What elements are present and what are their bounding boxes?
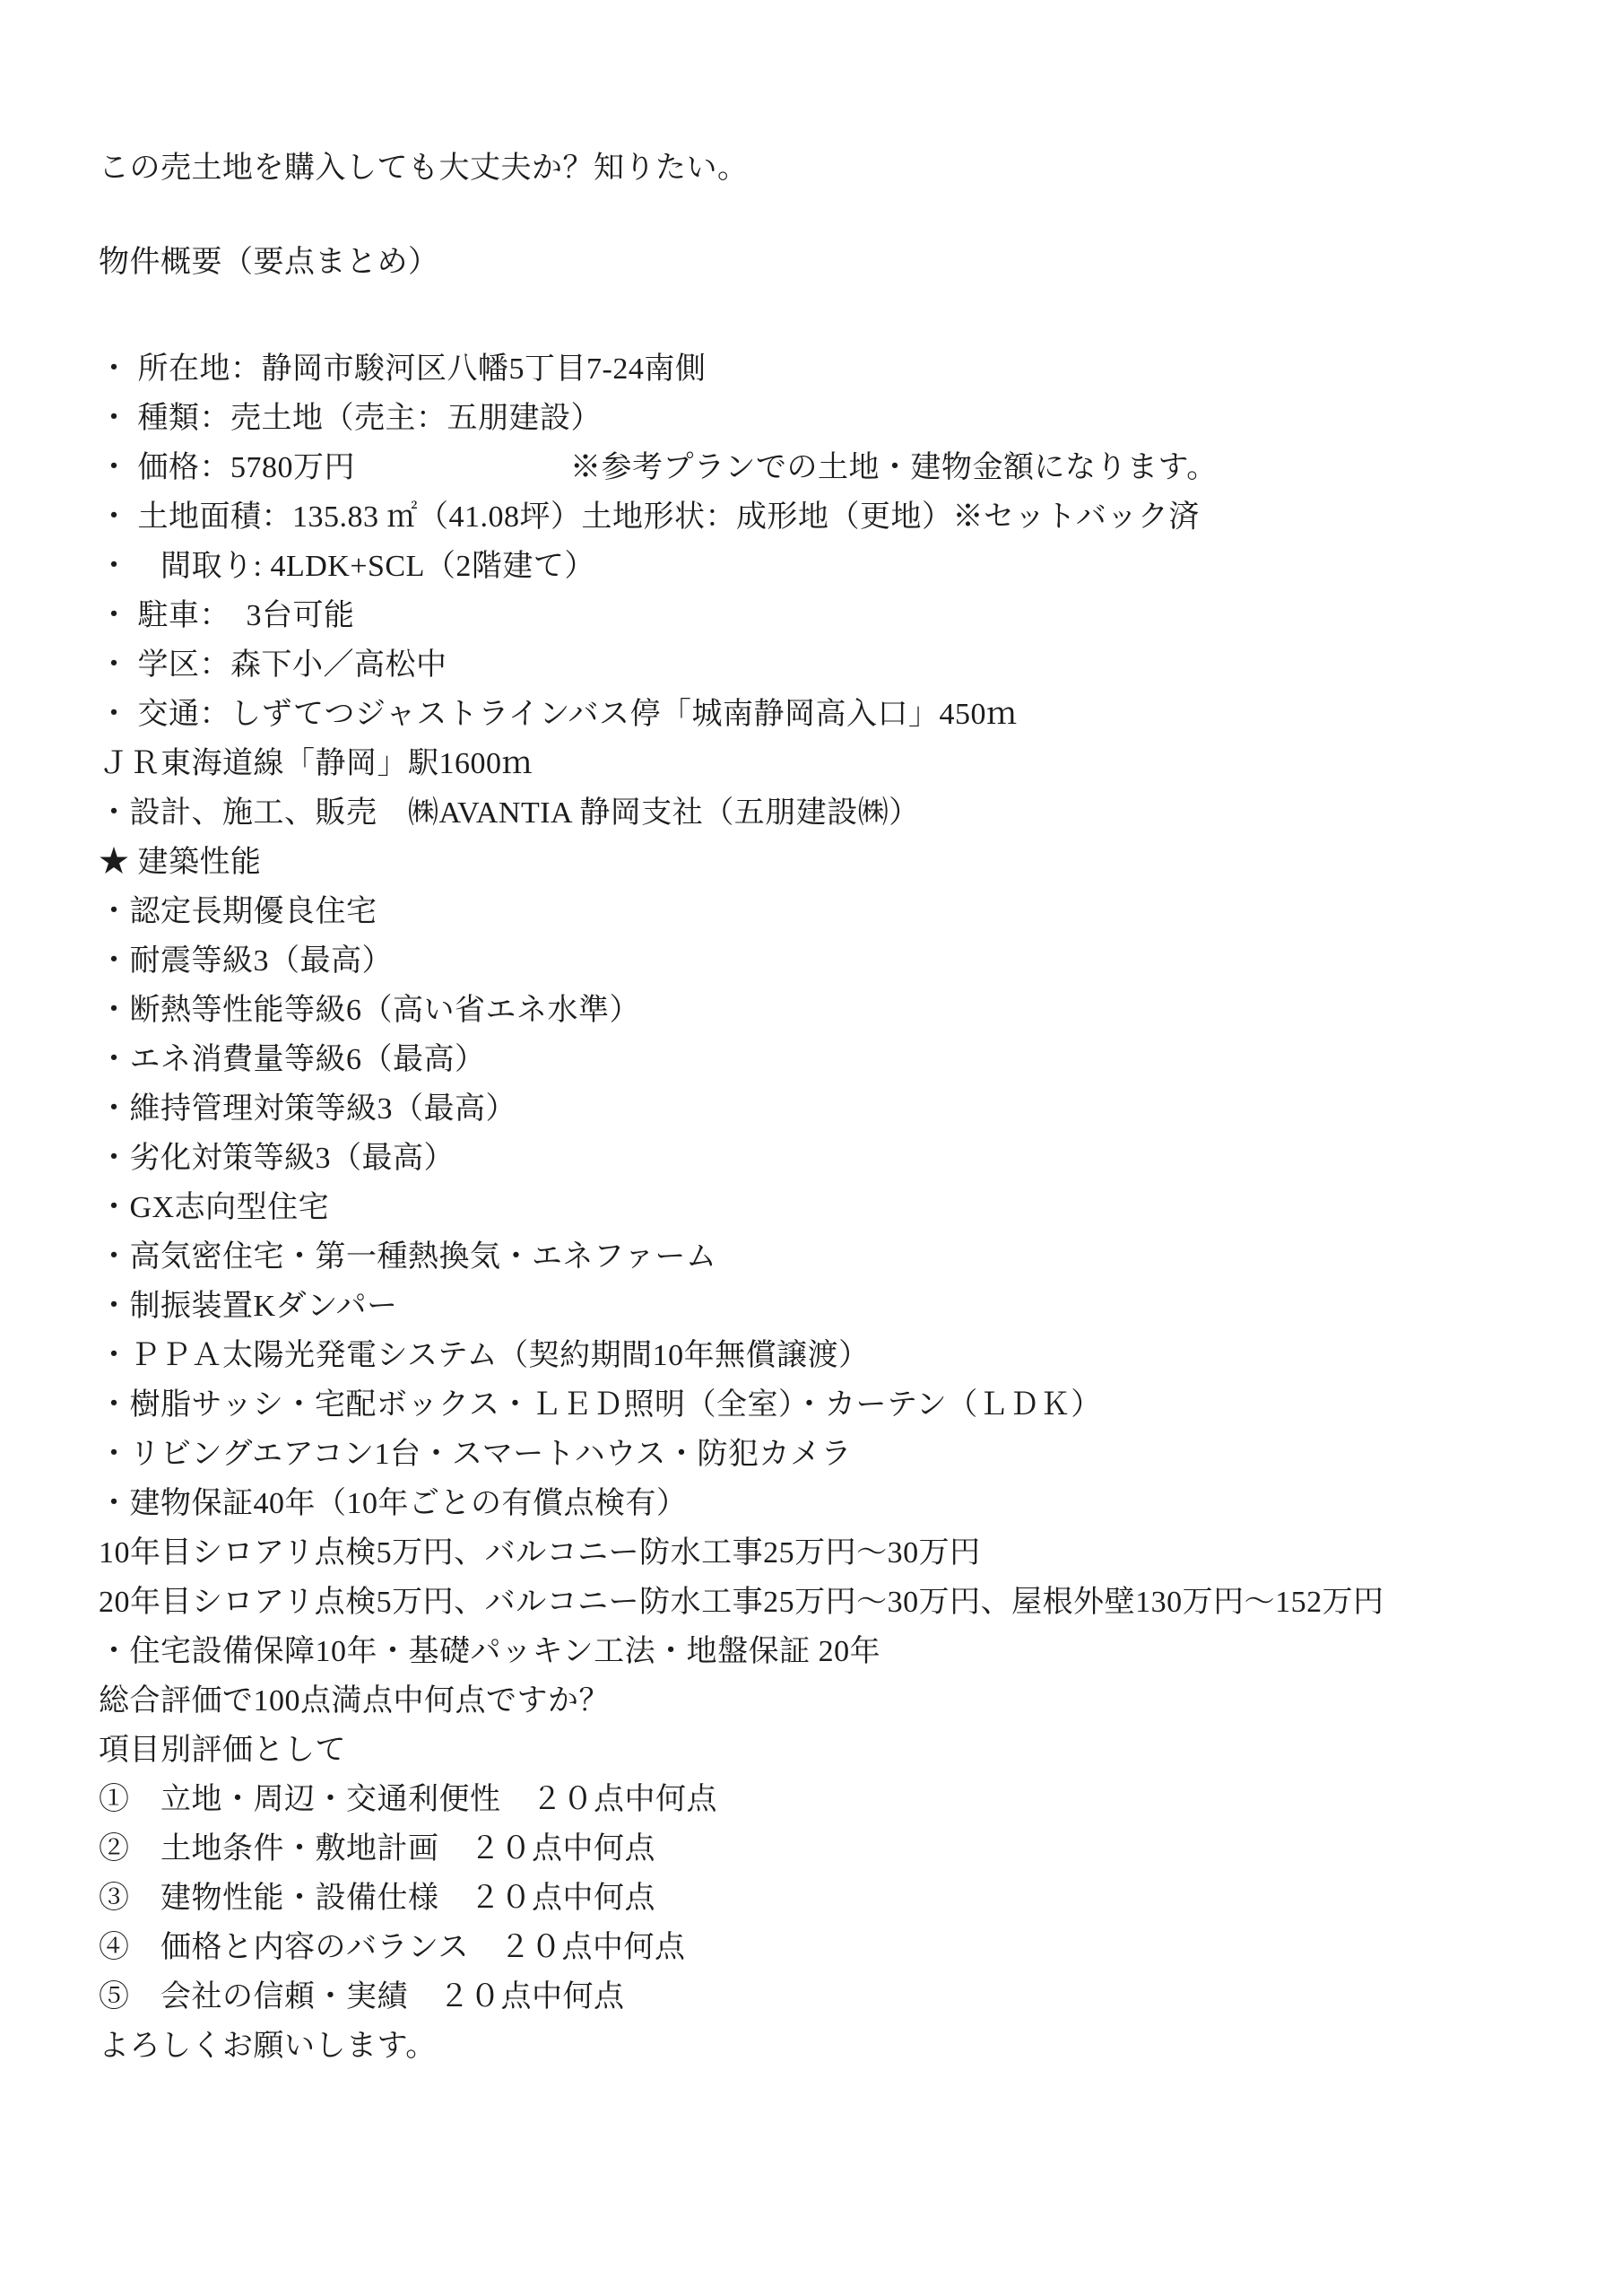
performance-item-ppa-solar: ・ＰＰＡ太陽光発電システム（契約期間10年無償譲渡）	[99, 1331, 1568, 1380]
performance-item-deterioration-grade: ・劣化対策等級3（最高）	[99, 1134, 1568, 1183]
builder-line: ・設計、施工、販売 ㈱AVANTIA 静岡支社（五朋建設㈱）	[99, 788, 1568, 838]
performance-item-damper: ・制振装置Kダンパー	[99, 1282, 1568, 1331]
overview-item-parking: ・ 駐車： 3台可能	[99, 591, 1568, 640]
performance-item-insulation-grade: ・断熱等性能等級6（高い省エネ水準）	[99, 986, 1568, 1035]
performance-item-seismic-grade: ・耐震等級3（最高）	[99, 936, 1568, 986]
overview-item-school-district: ・ 学区：森下小／高松中	[99, 640, 1568, 690]
itemized-heading: 項目別評価として	[99, 1726, 1568, 1775]
warranty-line: ・住宅設備保障10年・基礎パッキン工法・地盤保証 20年	[99, 1627, 1568, 1676]
maintenance-line-year20: 20年目シロアリ点検5万円、バルコニー防水工事25万円～30万円、屋根外壁130…	[99, 1578, 1568, 1627]
overview-item-price: ・ 価格：5780万円※参考プランでの土地・建物金額になります。	[99, 443, 1568, 492]
overall-score-question: 総合評価で100点満点中何点ですか？	[99, 1676, 1568, 1726]
performance-item-energy-grade: ・エネ消費量等級6（最高）	[99, 1035, 1568, 1084]
price-text: ・ 価格：5780万円	[99, 451, 355, 484]
performance-item-maintenance-grade: ・維持管理対策等級3（最高）	[99, 1084, 1568, 1134]
closing-line: よろしくお願いします。	[99, 2022, 1568, 2071]
maintenance-line-year10: 10年目シロアリ点検5万円、バルコニー防水工事25万円～30万円	[99, 1528, 1568, 1578]
overview-item-floorplan: ・ 間取り: 4LDK+SCL（2階建て）	[99, 542, 1568, 591]
performance-item-aircon-smarthouse: ・リビングエアコン1台・スマートハウス・防犯カメラ	[99, 1430, 1568, 1479]
performance-heading: ★ 建築性能	[99, 838, 1568, 887]
transport-continuation-line: ＪＲ東海道線「静岡」駅1600ｍ	[99, 739, 1568, 788]
performance-item-gx-housing: ・GX志向型住宅	[99, 1183, 1568, 1232]
rating-item-land-conditions: ② 土地条件・敷地計画 ２０点中何点	[99, 1824, 1568, 1874]
overview-item-land-area: ・ 土地面積：135.83 ㎡（41.08坪）土地形状：成形地（更地）※セットバ…	[99, 492, 1568, 542]
performance-item-sash-led: ・樹脂サッシ・宅配ボックス・ＬＥＤ照明（全室）・カーテン（ＬＤＫ）	[99, 1380, 1568, 1430]
rating-item-company-trust: ⑤ 会社の信頼・実績 ２０点中何点	[99, 1972, 1568, 2022]
rating-item-location: ① 立地・周辺・交通利便性 ２０点中何点	[99, 1775, 1568, 1824]
price-note: ※参考プランでの土地・建物金額になります。	[570, 451, 1218, 484]
overview-item-transport: ・ 交通：しずてつジャストラインバス停「城南静岡高入口」450ｍ	[99, 690, 1568, 739]
section-title: 物件概要（要点まとめ）	[99, 238, 1568, 287]
overview-item-location: ・ 所在地：静岡市駿河区八幡5丁目7-24南側	[99, 344, 1568, 394]
rating-item-price-balance: ④ 価格と内容のバランス ２０点中何点	[99, 1923, 1568, 1972]
rating-item-building-performance: ③ 建物性能・設備仕様 ２０点中何点	[99, 1874, 1568, 1923]
question-line: この売土地を購入しても大丈夫か？知りたい。	[99, 143, 1568, 193]
overview-item-type: ・ 種類：売土地（売主：五朋建設）	[99, 394, 1568, 443]
performance-item-certified-housing: ・認定長期優良住宅	[99, 887, 1568, 936]
performance-item-airtight-housing: ・高気密住宅・第一種熱換気・エネファーム	[99, 1232, 1568, 1282]
document-page: この売土地を購入しても大丈夫か？知りたい。 物件概要（要点まとめ） ・ 所在地：…	[0, 0, 1622, 2296]
performance-item-building-warranty: ・建物保証40年（10年ごとの有償点検有）	[99, 1479, 1568, 1528]
